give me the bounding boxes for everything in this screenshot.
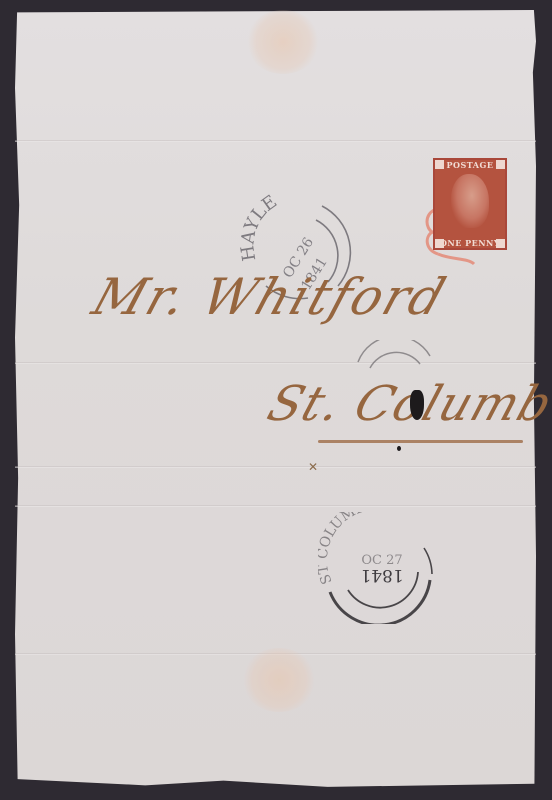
- stamp-corner-letter: [435, 239, 444, 248]
- queen-victoria-portrait: [451, 174, 489, 228]
- address-underline: [318, 440, 523, 443]
- ink-mark: ✕: [308, 460, 318, 474]
- svg-text:HAYLE: HAYLE: [238, 191, 281, 262]
- addressee-name: Mr. Whitford: [86, 268, 454, 326]
- stamp-top-text: POSTAGE: [433, 160, 507, 170]
- postmark-st-columb: ST COLUMB OC 27 1841: [318, 512, 442, 624]
- address-town: St. Columb: [261, 376, 552, 432]
- ink-blot: [410, 390, 424, 420]
- penny-red-stamp: POSTAGE ONE PENNY: [433, 158, 507, 250]
- svg-text:1841: 1841: [360, 565, 403, 585]
- wax-seal-remnant-top: [246, 10, 320, 74]
- stamp-corner-letter: [496, 239, 505, 248]
- svg-text:ST COLUMB: ST COLUMB: [318, 512, 367, 586]
- fold-line: [15, 140, 536, 142]
- wax-seal-remnant-bottom: [242, 648, 316, 712]
- fold-line: [15, 466, 536, 468]
- ink-dot: [397, 446, 401, 451]
- fold-line: [15, 362, 536, 364]
- fold-line: [15, 505, 536, 507]
